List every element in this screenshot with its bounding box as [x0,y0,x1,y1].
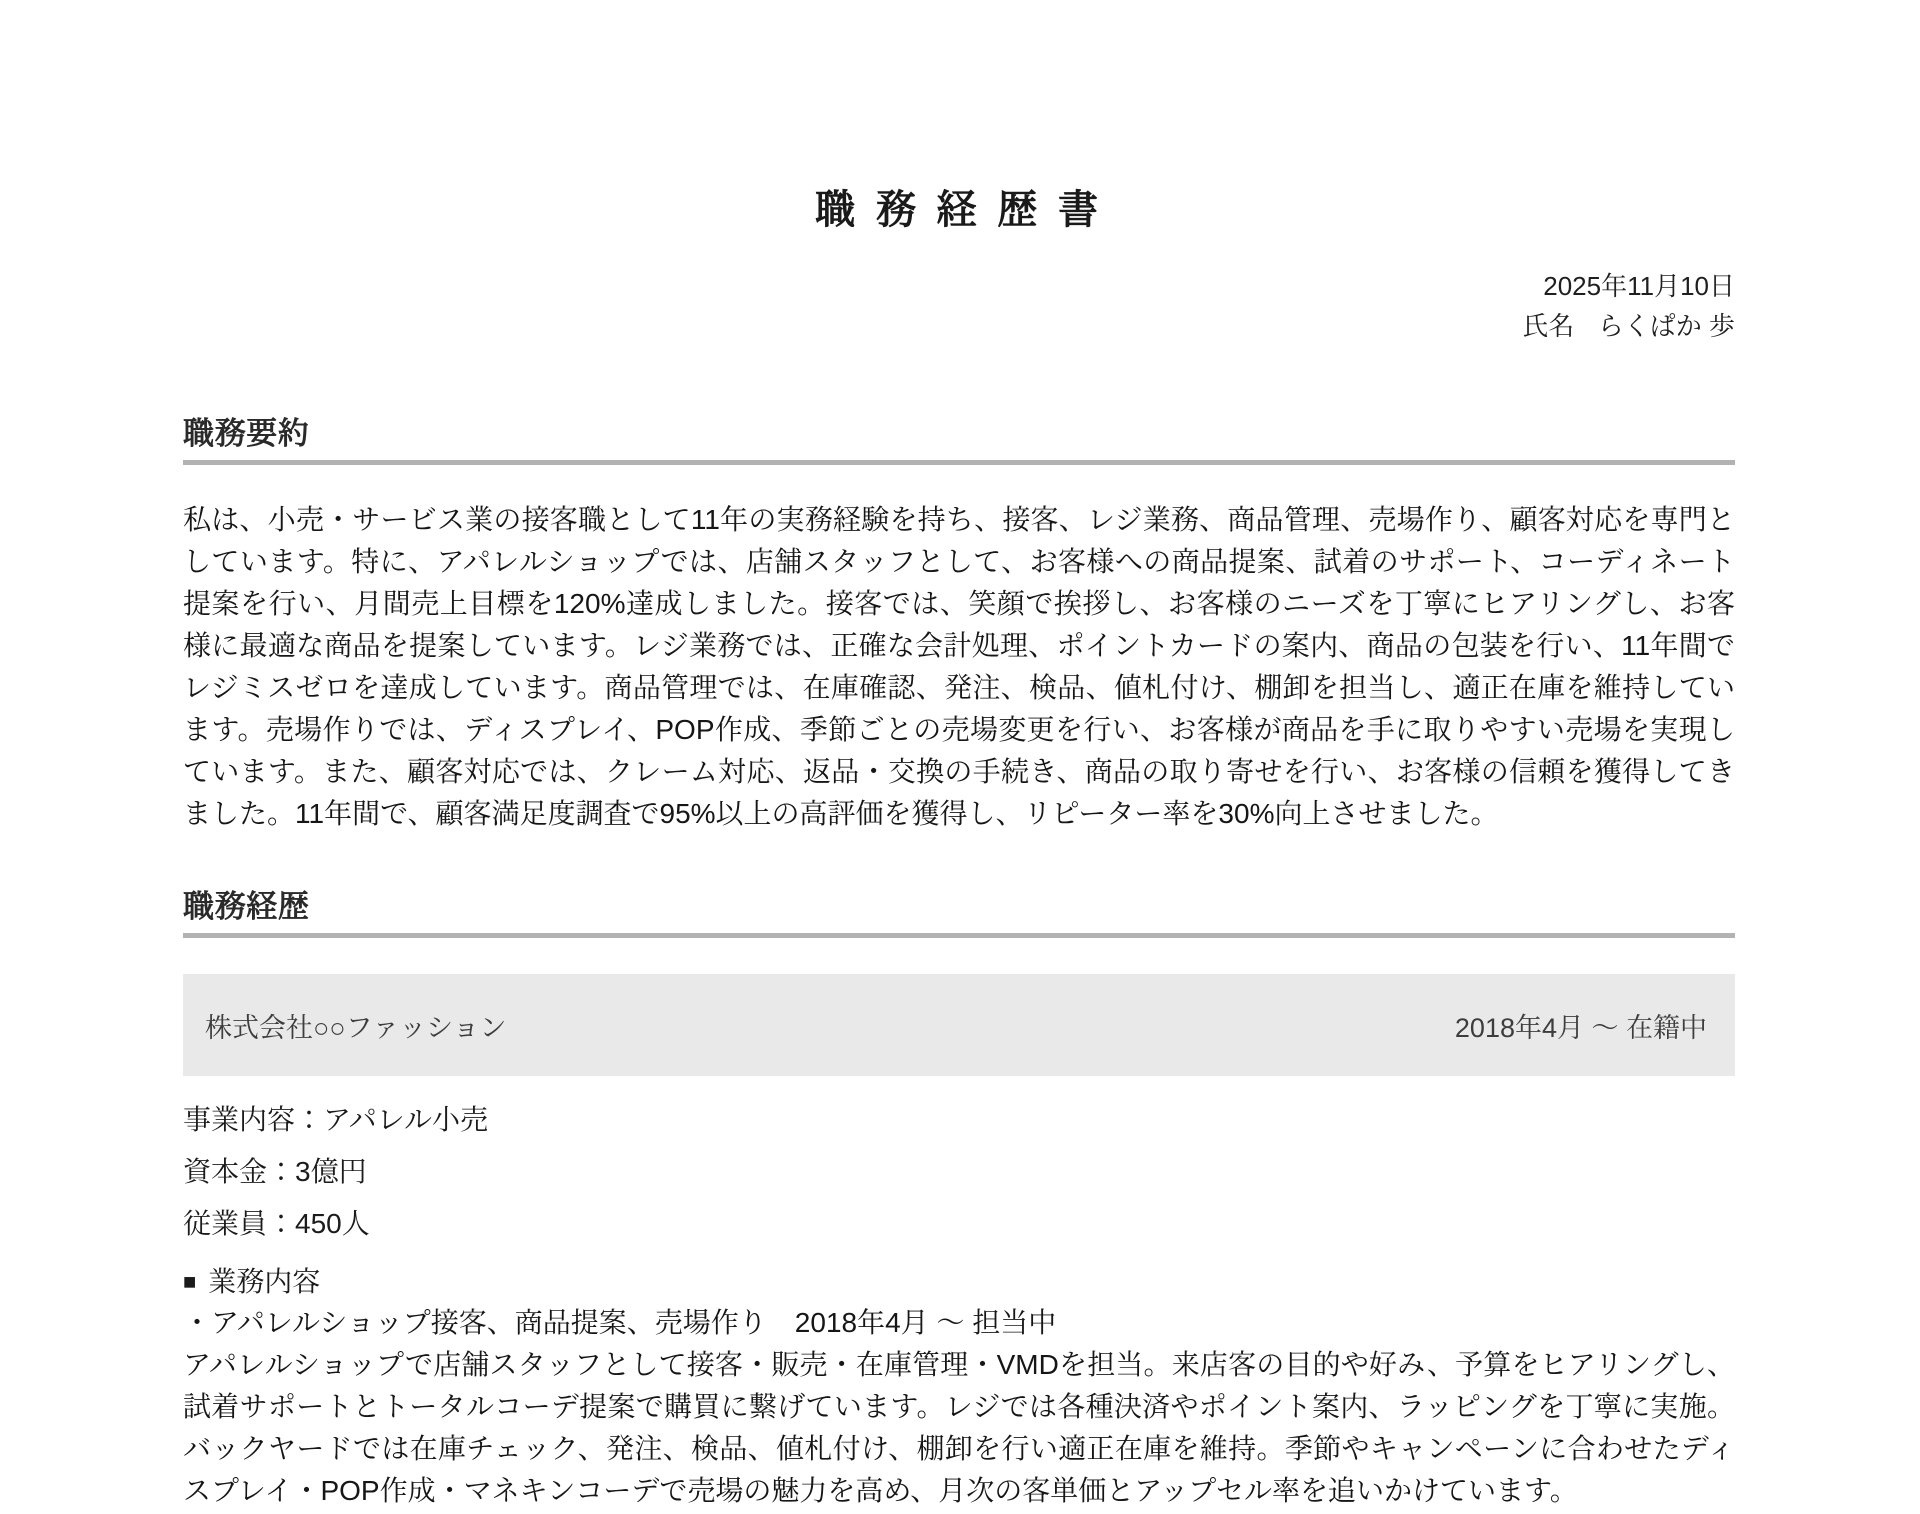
company-bar: 株式会社○○ファッション 2018年4月 ～ 在籍中 [183,974,1735,1076]
summary-heading-rule [183,460,1735,465]
summary-body: 私は、小売・サービス業の接客職として11年の実務経験を持ち、接客、レジ業務、商品… [183,499,1735,835]
name-label: 氏名 [1522,311,1574,341]
duty-heading: 業務内容 [208,1266,320,1297]
section-summary: 職務要約 私は、小売・サービス業の接客職として11年の実務経験を持ち、接客、レジ… [183,418,1735,835]
company-name: 株式会社○○ファッション [205,1006,507,1045]
resume-page: 職 務 経 歴 書 2025年11月10日 氏名らくぱか 歩 職務要約 私は、小… [183,0,1735,1512]
square-bullet-icon: ■ [183,1269,196,1294]
name-line: 氏名らくぱか 歩 [183,306,1735,346]
history-heading-rule [183,933,1735,938]
employment-period: 2018年4月 ～ 在籍中 [1455,1006,1707,1045]
section-history: 職務経歴 株式会社○○ファッション 2018年4月 ～ 在籍中 事業内容：アパレ… [183,891,1735,1512]
company-detail-capital: 資本金：3億円 [183,1146,1735,1198]
issue-date: 2025年11月10日 [183,266,1735,306]
duty-item: ・アパレルショップ接客、商品提案、売場作り 2018年4月 ～ 担当中 [183,1302,1735,1344]
duty-description: アパレルショップで店舗スタッフとして接客・販売・在庫管理・VMDを担当。来店客の… [183,1344,1735,1512]
name-value: らくぱか 歩 [1598,311,1735,341]
company-details: 事業内容：アパレル小売 資本金：3億円 従業員：450人 [183,1094,1735,1250]
company-detail-employees: 従業員：450人 [183,1198,1735,1250]
meta-block: 2025年11月10日 氏名らくぱか 歩 [183,266,1735,346]
summary-heading: 職務要約 [183,418,1735,449]
duty-heading-line: ■業務内容 [183,1262,1735,1302]
company-detail-business: 事業内容：アパレル小売 [183,1094,1735,1146]
history-heading: 職務経歴 [183,891,1735,922]
page-title: 職 務 経 歴 書 [183,190,1735,230]
